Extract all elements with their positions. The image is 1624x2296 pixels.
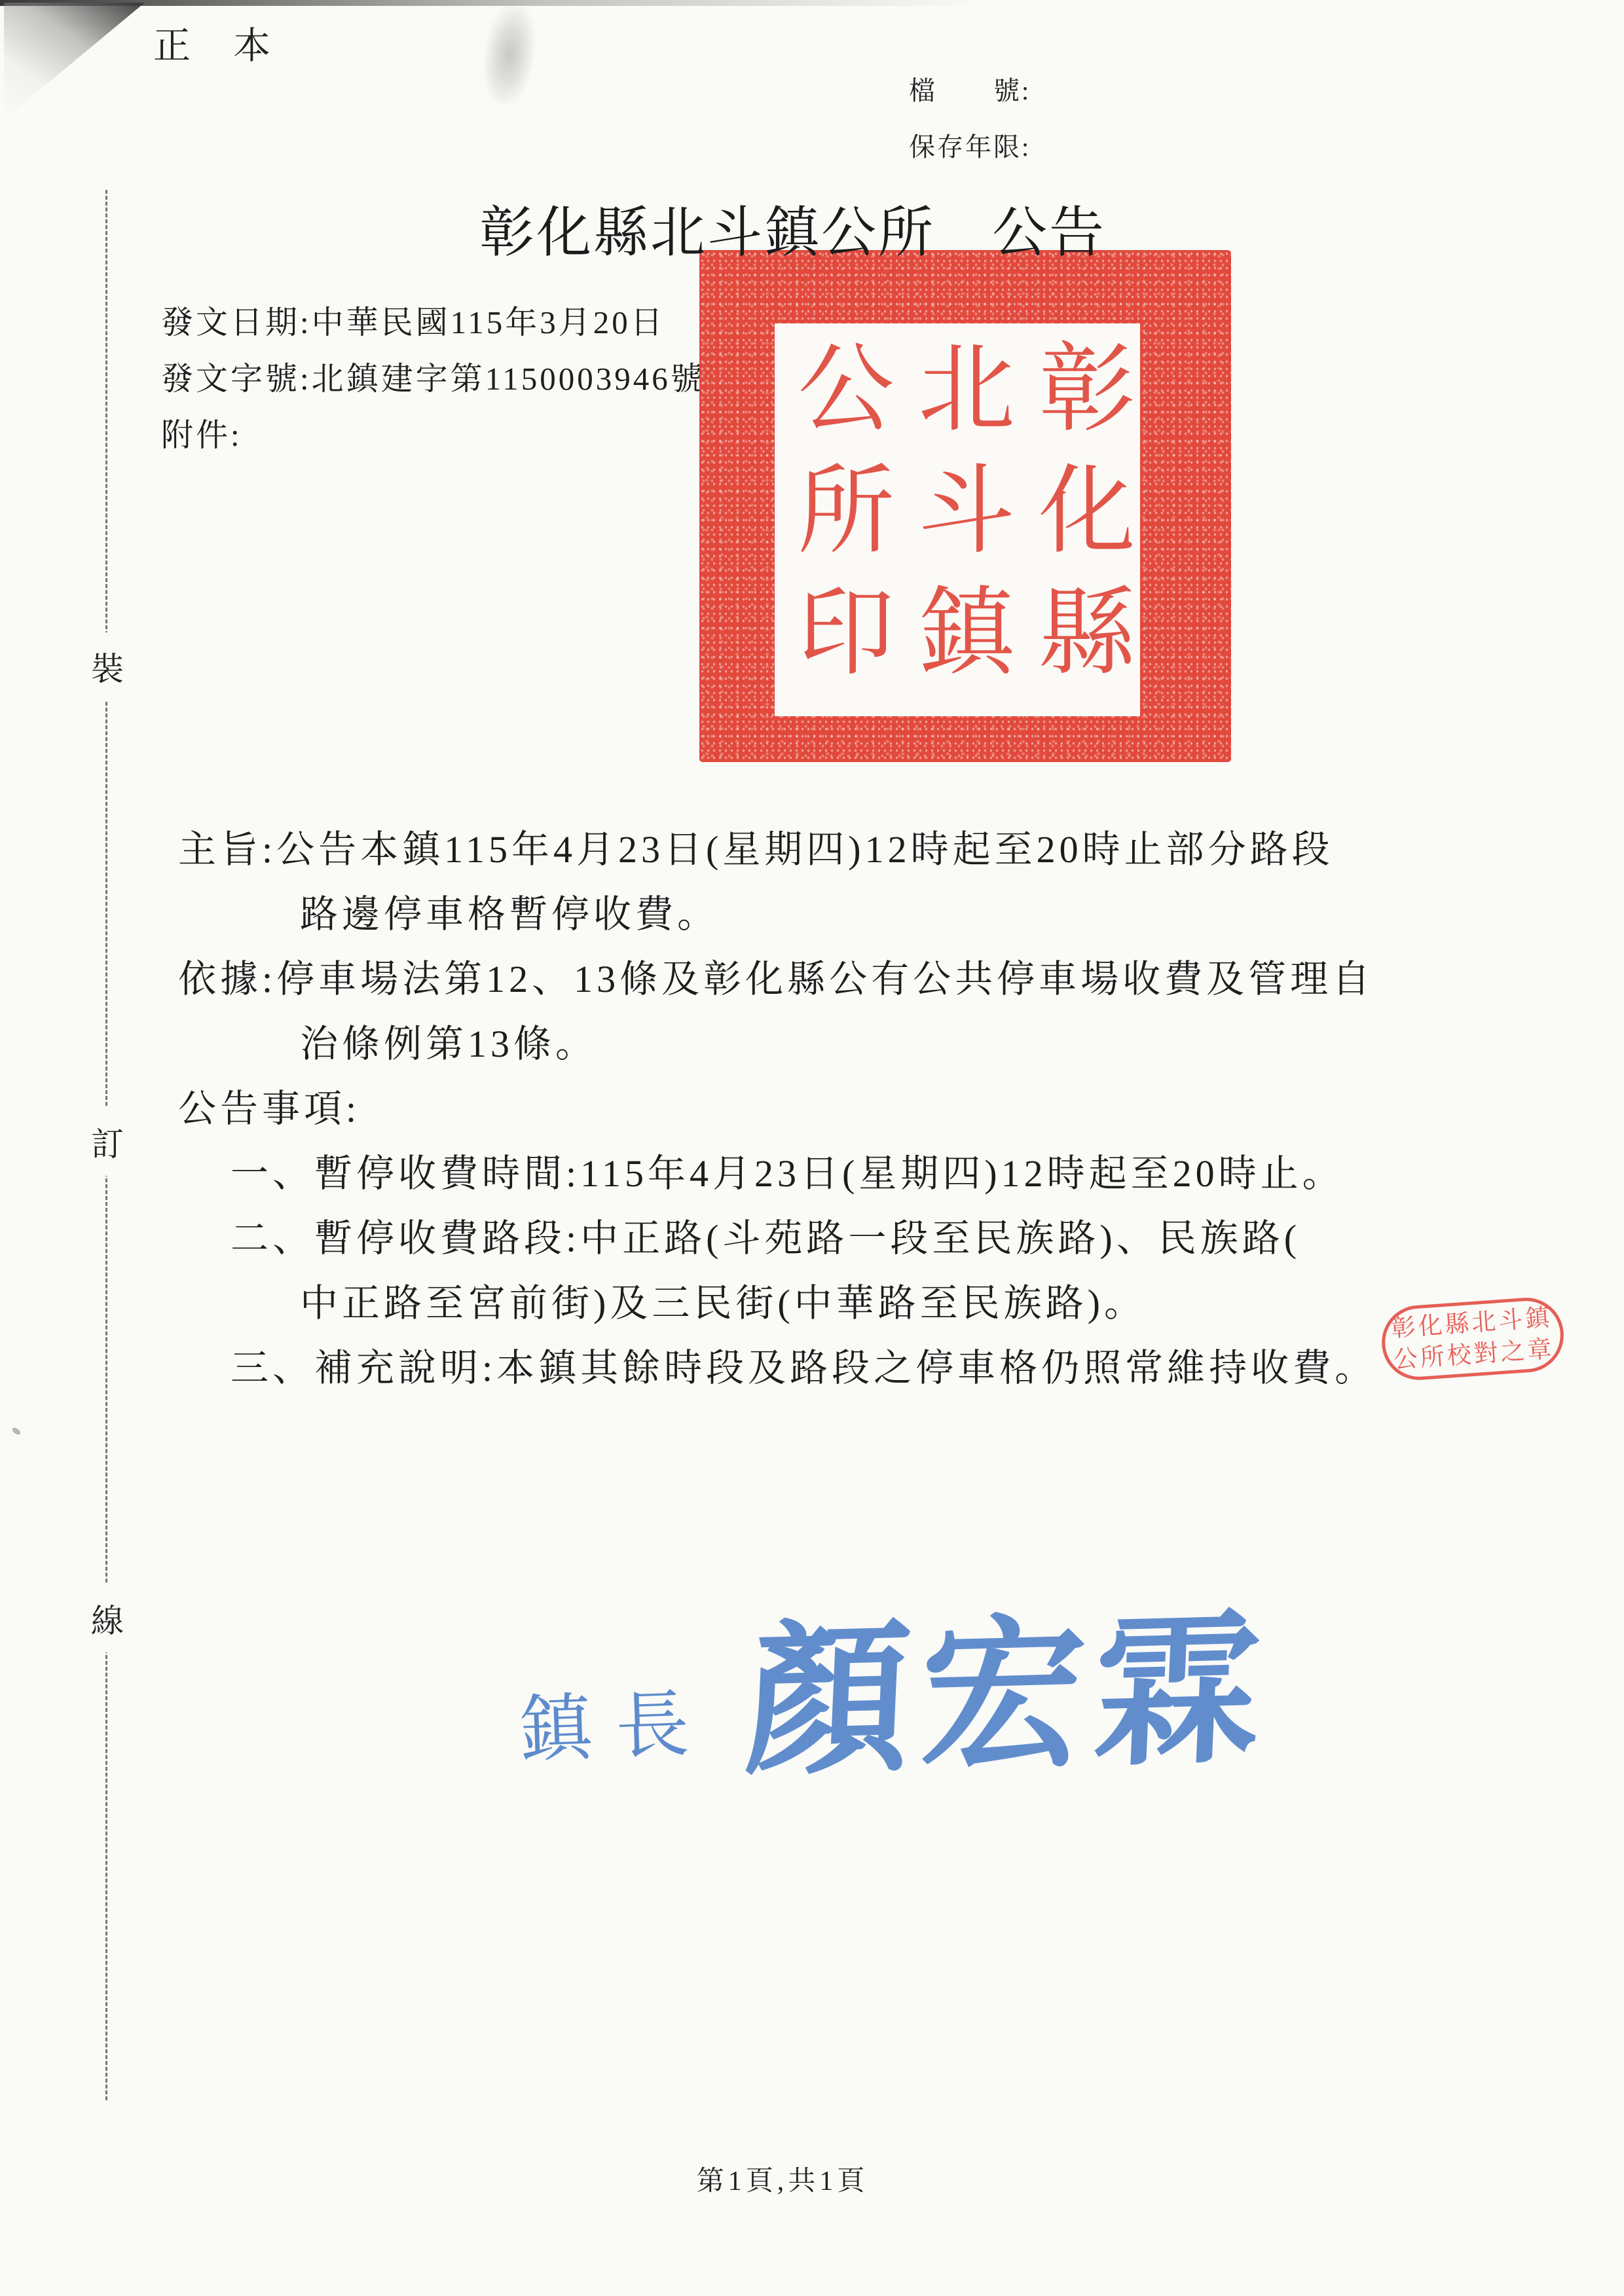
- doc-number-line: 發文字號:北鎮建字第1150003946號: [161, 351, 705, 407]
- scan-artifact-top-edge: [0, 0, 982, 6]
- item-2-line-2: 中正路至宮前街)及三民街(中華路至民族路)。: [178, 1271, 1376, 1336]
- basis-line-1: 依據:停車場法第12、13條及彰化縣公有公共停車場收費及管理自: [178, 947, 1376, 1011]
- seal-column-left: 公所印: [779, 337, 895, 702]
- attachment-line: 附件:: [161, 407, 705, 464]
- item-2-line-1: 二、暫停收費路段:中正路(斗苑路一段至民族路)、民族路(: [178, 1206, 1376, 1271]
- proofread-stamp: 彰化縣北斗鎮 公所校對之章: [1379, 1295, 1566, 1382]
- binding-mark-xian: 線: [86, 1584, 128, 1652]
- mayor-title-stamp: 鎮長: [517, 1665, 714, 1777]
- binding-mark-ding: 訂: [86, 1108, 128, 1176]
- seal-column-right: 彰化縣: [1020, 337, 1136, 702]
- subject-line-2: 路邊停車格暫停收費。: [178, 882, 1376, 947]
- item-3: 三、補充說明:本鎮其餘時段及路段之停車格仍照常維持收費。: [178, 1336, 1376, 1400]
- scan-artifact-corner-fold: [4, 3, 145, 117]
- item-1: 一、暫停收費時間:115年4月23日(星期四)12時起至20時止。: [178, 1141, 1376, 1206]
- issue-date-line: 發文日期:中華民國115年3月20日: [161, 295, 705, 351]
- basis-line-2: 治條例第13條。: [178, 1011, 1376, 1076]
- announcement-body: 主旨:公告本鎮115年4月23日(星期四)12時起至20時止部分路段 路邊停車格…: [178, 817, 1376, 1400]
- retention-period-label: 保存年限:: [909, 119, 1031, 175]
- scan-artifact-smudge: [479, 3, 540, 107]
- binding-mark-zhuang: 裝: [86, 632, 128, 701]
- page-number: 第1頁,共1頁: [0, 2159, 1565, 2198]
- official-seal-inner: 彰化縣 北斗鎮 公所印: [775, 323, 1140, 716]
- scan-artifact-dot: [11, 1427, 22, 1436]
- file-fields: 檔 號: 保存年限:: [909, 63, 1031, 175]
- file-number-label: 檔 號:: [909, 63, 1031, 119]
- scanned-announcement-page: 正 本 檔 號: 保存年限: 彰化縣北斗鎮公所 公告 發文日期:中華民國115年…: [0, 0, 1624, 2296]
- document-title: 彰化縣北斗鎮公所 公告: [479, 189, 1106, 268]
- subject-line-1: 主旨:公告本鎮115年4月23日(星期四)12時起至20時止部分路段: [178, 817, 1376, 882]
- official-seal-stamp: 彰化縣 北斗鎮 公所印: [699, 250, 1231, 762]
- mayor-name-signature-stamp: 顏宏霖: [741, 1557, 1274, 1808]
- copy-type-label: 正 本: [153, 16, 273, 69]
- items-heading: 公告事項:: [178, 1076, 1376, 1141]
- seal-column-middle: 北斗鎮: [899, 337, 1016, 702]
- document-meta: 發文日期:中華民國115年3月20日 發文字號:北鎮建字第1150003946號…: [161, 295, 705, 464]
